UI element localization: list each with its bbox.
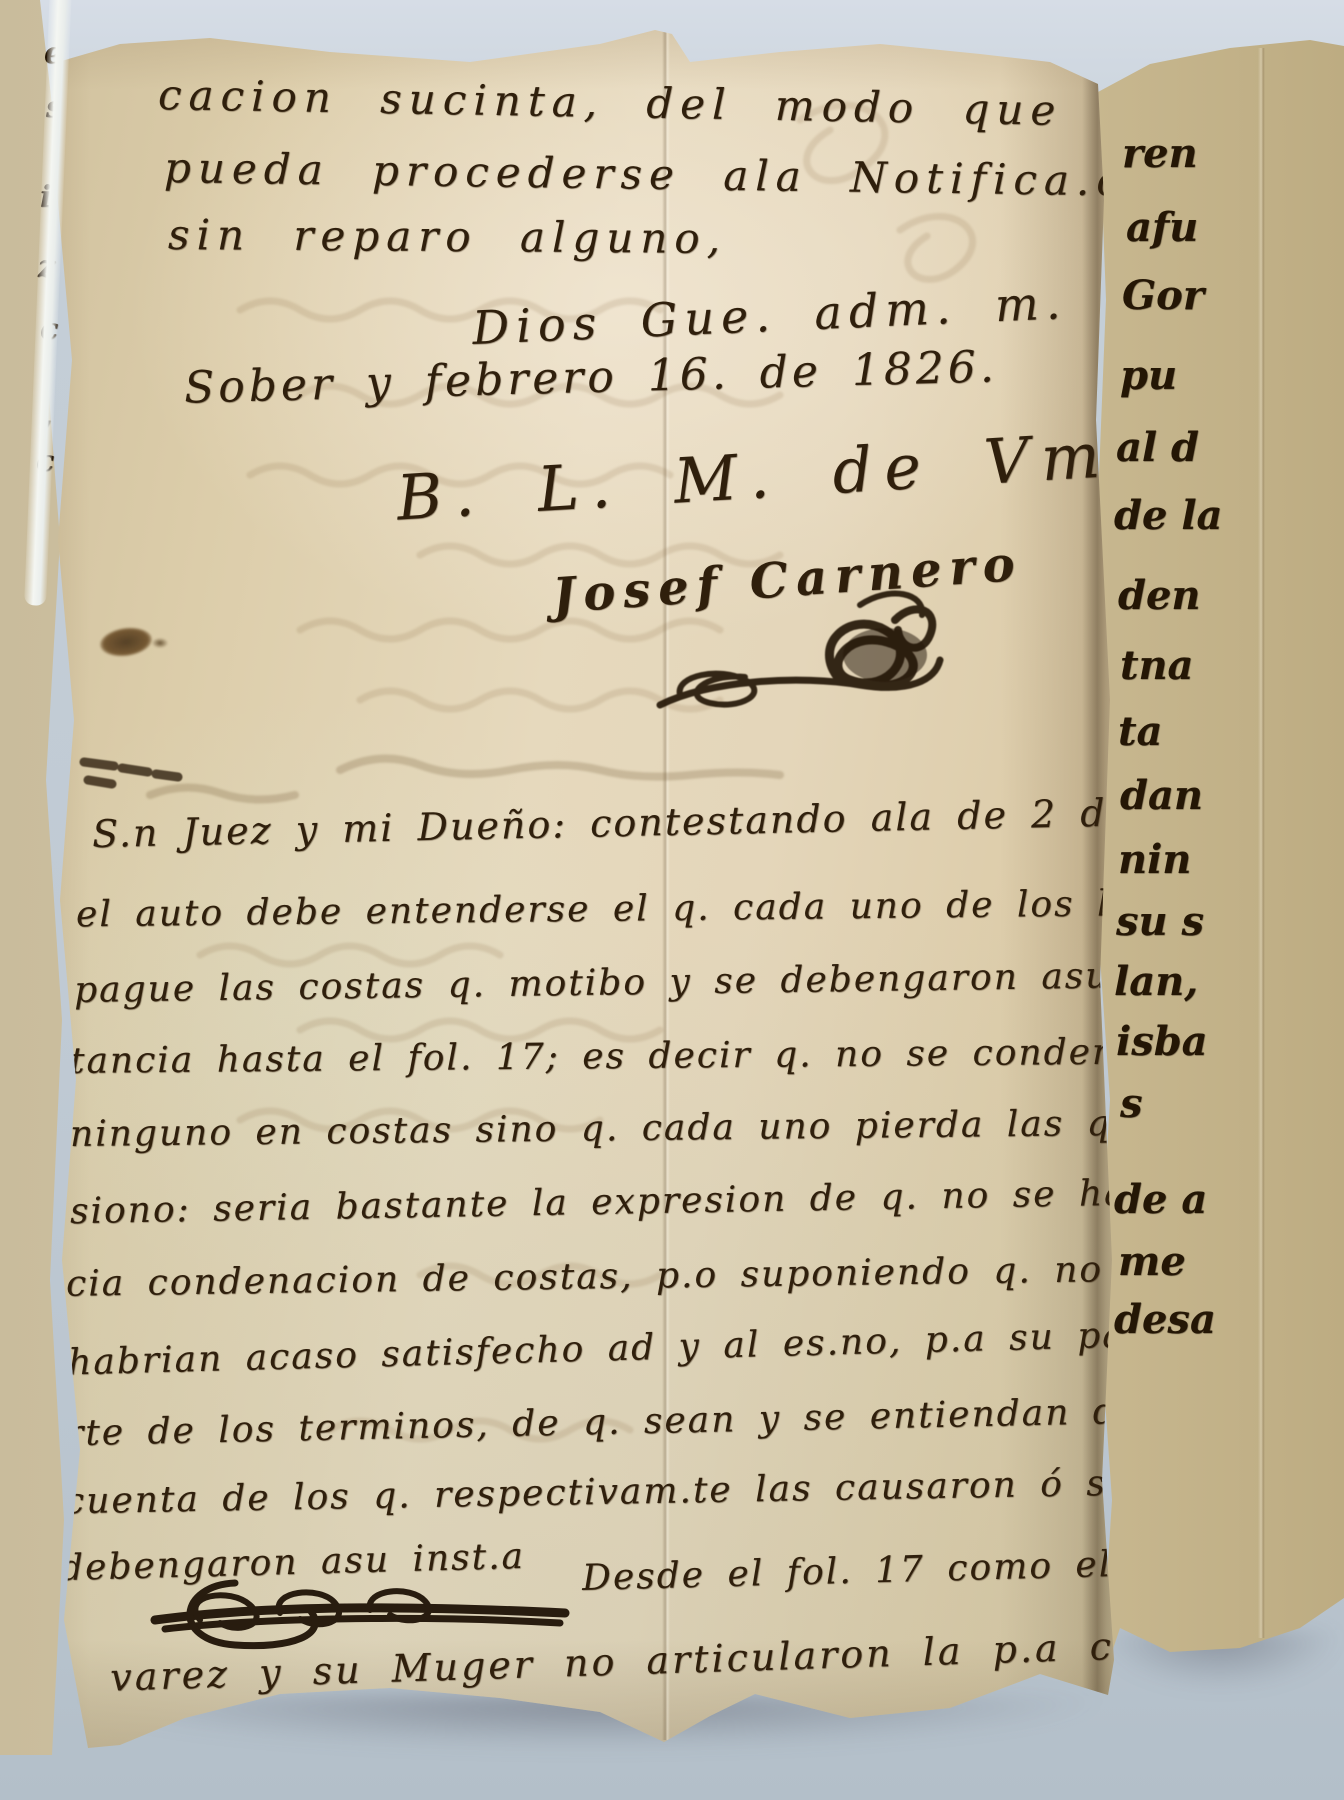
manuscript-photo: e s i z c , c ren afu Gor pu al d de la …: [0, 0, 1344, 1800]
right-page-fragment: Gor: [1122, 272, 1204, 319]
right-page-fragment: lan,: [1114, 958, 1198, 1005]
right-page-fragment: s: [1120, 1080, 1143, 1127]
ink-smudge: [76, 744, 186, 794]
right-page-crease: [1258, 48, 1265, 1638]
strikethrough-scribble: [140, 1565, 580, 1655]
right-page-fragment: pu: [1120, 352, 1177, 399]
manuscript-closing-line: sin reparo alguno,: [168, 210, 727, 263]
right-page-fragment: me: [1118, 1238, 1186, 1285]
right-page-fragment: afu: [1126, 204, 1198, 251]
right-page-fragment: desa: [1114, 1296, 1216, 1343]
right-page-fragment: de a: [1114, 1176, 1207, 1223]
right-page-fragment: isba: [1116, 1018, 1208, 1065]
right-page-fragment: su s: [1116, 898, 1204, 945]
right-page-fragment: dan: [1120, 772, 1203, 819]
right-page-fragment: ta: [1118, 708, 1162, 755]
right-page-fragment: den: [1118, 572, 1201, 619]
right-page-fragment: tna: [1120, 642, 1193, 689]
signature-rubric-flourish: [650, 585, 950, 735]
right-page-fragment: nin: [1118, 836, 1191, 883]
right-page-fragment: de la: [1114, 492, 1222, 539]
right-page-fragment: al d: [1116, 424, 1199, 471]
right-page-fragment: ren: [1122, 130, 1198, 177]
ink-blot-small: [152, 638, 168, 648]
